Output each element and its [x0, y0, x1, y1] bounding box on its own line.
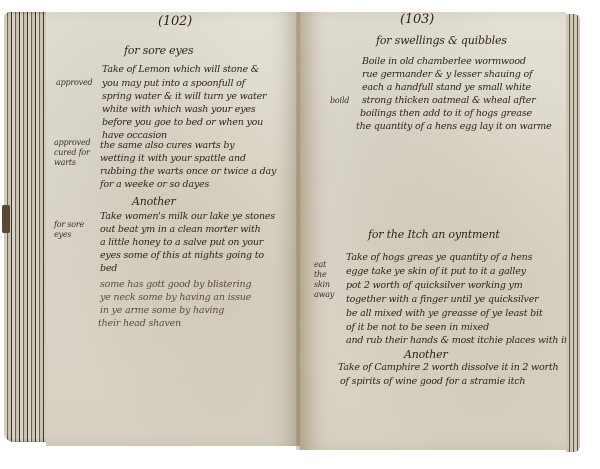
- text-line: boilings then add to it of hogs grease: [360, 108, 532, 119]
- margin-note: eat the skin away: [314, 260, 334, 300]
- open-manuscript-book: (102) for sore eyes approved Take of Lem…: [0, 0, 600, 469]
- text-line: strong thicken oatmeal & wheal after: [362, 95, 536, 106]
- text-line: some has gott good by blistering: [100, 279, 251, 290]
- margin-note: for sore eyes: [54, 220, 84, 240]
- book-clasp: [2, 205, 10, 233]
- text-line: eyes some of this at nights going to: [100, 250, 264, 261]
- text-line: you may put into a spoonfull of: [102, 78, 245, 89]
- recipe-subheading: Another: [132, 195, 176, 208]
- text-line: spring water & it will turn ye water: [102, 91, 266, 102]
- text-line: Take of Lemon which will stone &: [102, 64, 259, 75]
- text-line: each a handfull stand ye small white: [362, 82, 531, 93]
- text-line: out beat ym in a clean morter with: [100, 224, 261, 235]
- text-line: for a weeke or so dayes: [100, 179, 209, 190]
- left-page-stack: [4, 12, 50, 442]
- text-line: of spirits of wine good for a stramie it…: [340, 376, 525, 387]
- text-line: pot 2 worth of quicksilver working ym: [346, 280, 523, 291]
- text-line: together with a finger until ye quicksil…: [346, 294, 538, 305]
- text-line: of it be not to be seen in mixed: [346, 322, 489, 333]
- text-line: white with which wash your eyes: [102, 104, 255, 115]
- text-line: the same also cures warts by: [100, 140, 234, 151]
- left-page-number: (102): [158, 14, 192, 29]
- margin-note: boild: [330, 96, 349, 106]
- text-line: in ye arme some by having: [100, 305, 224, 316]
- right-page: (103) for swellings & quibbles boild Boi…: [300, 12, 566, 450]
- left-page-heading: for sore eyes: [124, 44, 193, 57]
- left-page: (102) for sore eyes approved Take of Lem…: [46, 12, 300, 446]
- text-line: and rub their hands & most itchie places…: [346, 335, 568, 346]
- text-line: wetting it with your spattle and: [100, 153, 246, 164]
- recipe-subheading: Another: [404, 348, 448, 361]
- margin-note: approved cured for warts: [54, 138, 90, 168]
- text-line: egge take ye skin of it put to it a gall…: [346, 266, 526, 277]
- margin-note: approved: [56, 78, 92, 88]
- text-line: rue germander & y lesser shauing of: [362, 69, 532, 80]
- right-page-heading: for swellings & quibbles: [376, 34, 507, 47]
- text-line: Take of Camphire 2 worth dissolve it in …: [338, 362, 558, 373]
- right-page-number: (103): [400, 12, 434, 27]
- right-page-edge: [566, 14, 580, 452]
- text-line: be all mixed with ye greasse of ye least…: [346, 308, 543, 319]
- text-line: a little honey to a salve put on your: [100, 237, 263, 248]
- text-line: their head shaven: [98, 318, 181, 329]
- text-line: Take women's milk our lake ye stones: [100, 211, 275, 222]
- text-line: ye neck some by having an issue: [100, 292, 251, 303]
- text-line: bed: [100, 263, 117, 274]
- text-line: Take of hogs greas ye quantity of a hens: [346, 252, 532, 263]
- text-line: before you goe to bed or when you: [102, 117, 263, 128]
- text-line: the quantity of a hens egg lay it on war…: [356, 121, 552, 132]
- text-line: Boile in old chamberlee wormwood: [362, 56, 526, 67]
- text-line: rubbing the warts once or twice a day: [100, 166, 276, 177]
- recipe-heading: for the Itch an oyntment: [368, 228, 500, 241]
